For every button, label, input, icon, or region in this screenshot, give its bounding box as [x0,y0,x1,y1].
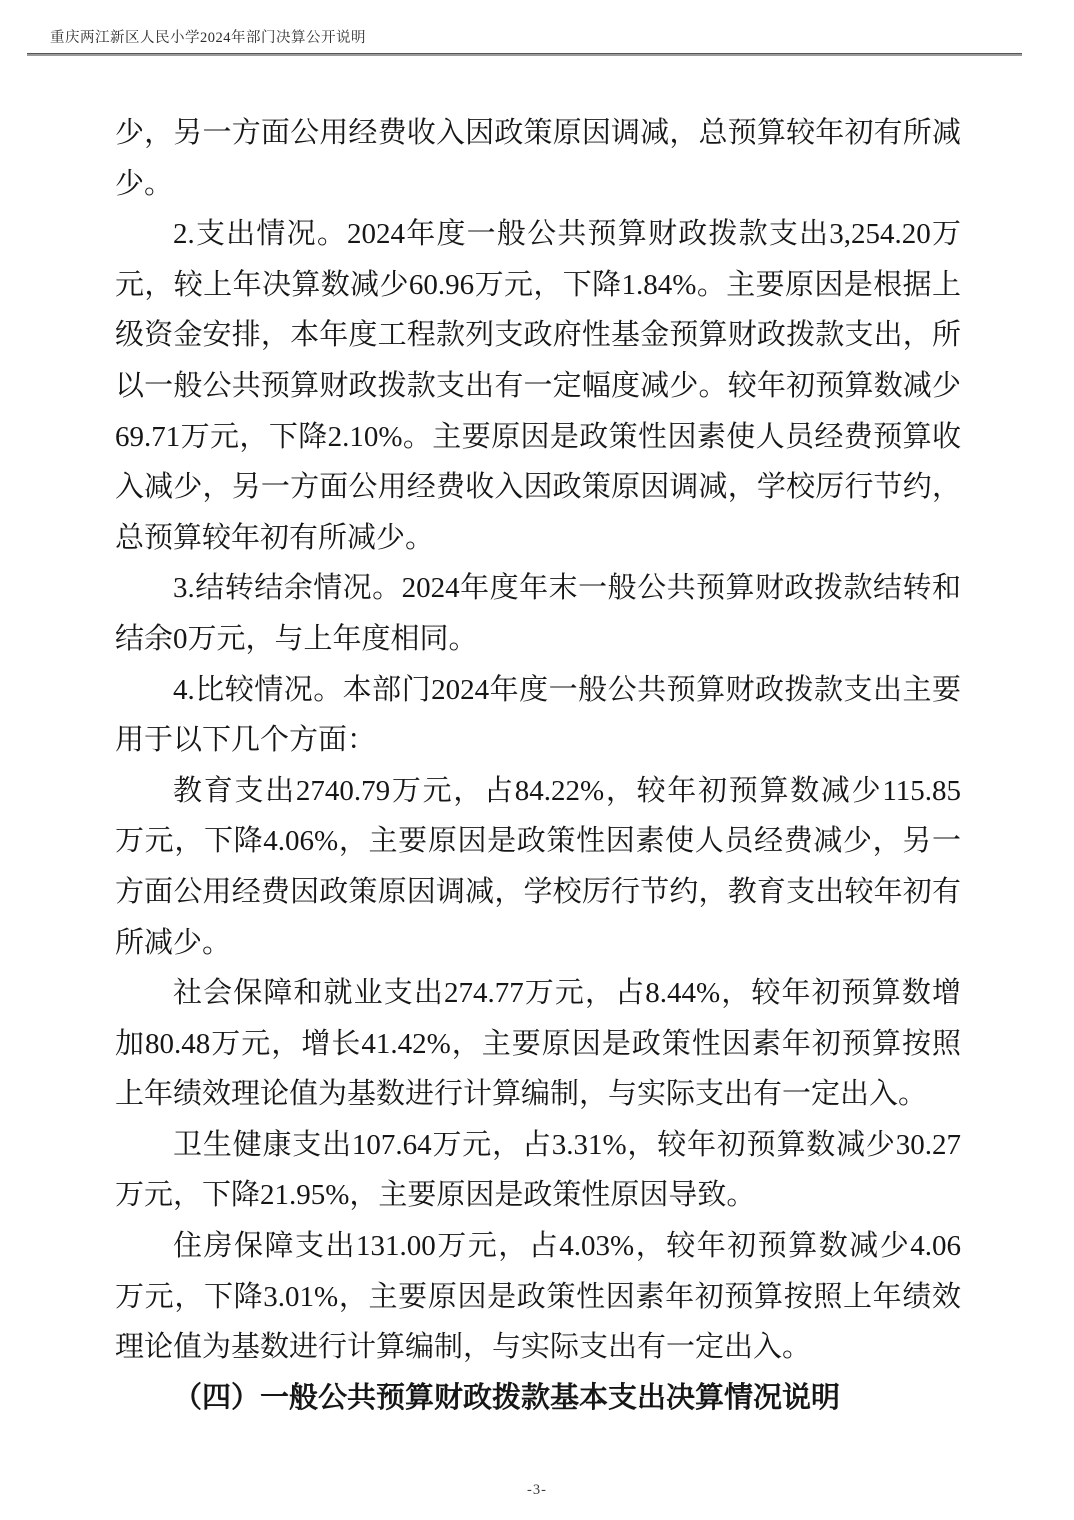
section-heading: （四）一般公共预算财政拨款基本支出决算情况说明 [115,1373,961,1424]
text-line: 万元，下降3.01%，主要原因是政策性因素年初预算按照上年绩效 [115,1272,961,1323]
text-line: 结余0万元，与上年度相同。 [115,614,961,665]
text-line: 总预算较年初有所减少。 [115,513,961,564]
text-line: 以一般公共预算财政拨款支出有一定幅度减少。较年初预算数减少 [115,361,961,412]
document-page: 重庆两江新区人民小学2024年部门决算公开说明 少，另一方面公用经费收入因政策原… [0,0,1074,1520]
text-line: 入减少，另一方面公用经费收入因政策原因调减，学校厉行节约， [115,462,961,513]
text-line: 加80.48万元，增长41.42%，主要原因是政策性因素年初预算按照 [115,1019,961,1070]
text-line: 2.支出情况。2024年度一般公共预算财政拨款支出3,254.20万 [115,209,961,260]
page-header-title: 重庆两江新区人民小学2024年部门决算公开说明 [50,29,366,47]
text-line: 教育支出2740.79万元，占84.22%，较年初预算数减少115.85 [115,766,961,817]
text-line: 级资金安排，本年度工程款列支政府性基金预算财政拨款支出，所 [115,310,961,361]
text-line: 少。 [115,159,961,210]
text-line: 所减少。 [115,918,961,969]
text-line: 69.71万元，下降2.10%。主要原因是政策性因素使人员经费预算收 [115,412,961,463]
text-line: 方面公用经费因政策原因调减，学校厉行节约，教育支出较年初有 [115,867,961,918]
text-line: 4.比较情况。本部门2024年度一般公共预算财政拨款支出主要 [115,665,961,716]
text-line: 住房保障支出131.00万元，占4.03%，较年初预算数减少4.06 [115,1221,961,1272]
text-line: 理论值为基数进行计算编制，与实际支出有一定出入。 [115,1322,961,1373]
text-line: 万元，下降4.06%，主要原因是政策性因素使人员经费减少，另一 [115,816,961,867]
document-body: 少，另一方面公用经费收入因政策原因调减，总预算较年初有所减 少。 2.支出情况。… [115,108,961,1423]
text-line: 元，较上年决算数减少60.96万元，下降1.84%。主要原因是根据上 [115,260,961,311]
text-line: 万元，下降21.95%，主要原因是政策性原因导致。 [115,1170,961,1221]
text-line: 少，另一方面公用经费收入因政策原因调减，总预算较年初有所减 [115,108,961,159]
text-line: 上年绩效理论值为基数进行计算编制，与实际支出有一定出入。 [115,1069,961,1120]
page-number: -3- [0,1482,1074,1499]
text-line: 社会保障和就业支出274.77万元，占8.44%，较年初预算数增 [115,968,961,1019]
header-rule-divider [27,53,1022,56]
text-line: 用于以下几个方面： [115,715,961,766]
text-line: 卫生健康支出107.64万元，占3.31%，较年初预算数减少30.27 [115,1120,961,1171]
text-line: 3.结转结余情况。2024年度年末一般公共预算财政拨款结转和 [115,563,961,614]
